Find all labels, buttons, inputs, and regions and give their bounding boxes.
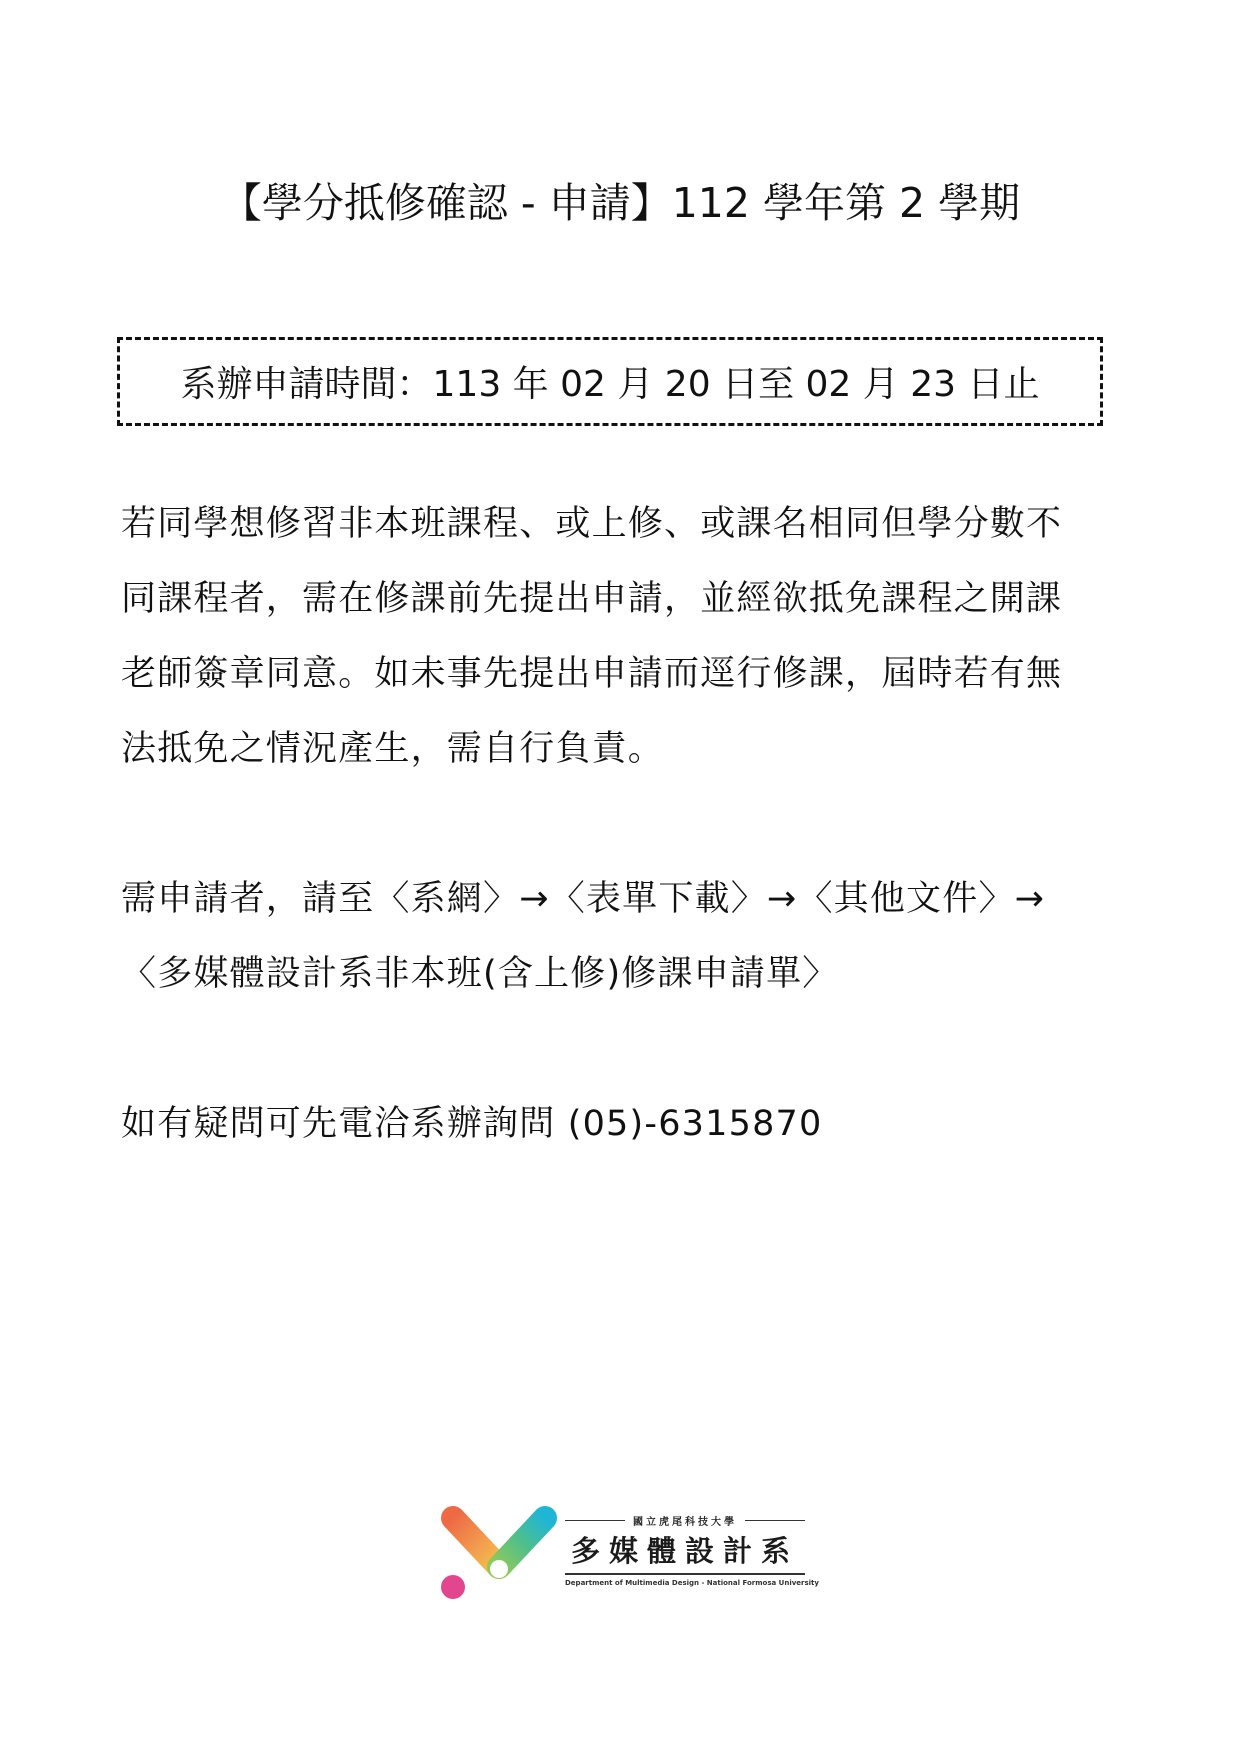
divider <box>565 1520 625 1521</box>
paragraph-line: 若同學想修習非本班課程、或上修、或課名相同但學分數不 <box>121 507 1062 542</box>
paragraph-line: 老師簽章同意。如未事先提出申請而逕行修課，屆時若有無 <box>121 657 1062 692</box>
contact-line: 如有疑問可先電洽系辦詢問 (05)-6315870 <box>121 1107 822 1142</box>
logo-wordmark: 國立虎尾科技大學 多媒體設計系 Department of Multimedia… <box>565 1505 805 1600</box>
logo-english-name: Department of Multimedia Design - Nation… <box>565 1579 805 1587</box>
paragraph-line: 〈多媒體設計系非本班(含上修)修課申請單〉 <box>121 957 839 992</box>
multimedia-m-logo-icon <box>440 1505 558 1600</box>
department-logo: 國立虎尾科技大學 多媒體設計系 Department of Multimedia… <box>440 1505 805 1600</box>
divider <box>745 1520 805 1521</box>
paragraph-line: 同課程者，需在修課前先提出申請，並經欲抵免課程之開課 <box>121 582 1062 617</box>
logo-university-name: 國立虎尾科技大學 <box>633 1513 737 1528</box>
paragraph-line: 需申請者，請至〈系網〉→〈表單下載〉→〈其他文件〉→ <box>121 882 1045 917</box>
application-period-box: 系辦申請時間：113 年 02 月 20 日至 02 月 23 日止 <box>117 337 1103 426</box>
logo-department-name: 多媒體設計系 <box>565 1529 805 1570</box>
page-title: 【學分抵修確認 - 申請】112 學年第 2 學期 <box>0 183 1241 224</box>
application-period-text: 系辦申請時間：113 年 02 月 20 日至 02 月 23 日止 <box>120 340 1100 423</box>
divider <box>565 1573 805 1575</box>
paragraph-line: 法抵免之情況產生，需自行負責。 <box>121 732 664 767</box>
logo-university-row: 國立虎尾科技大學 <box>565 1513 805 1528</box>
